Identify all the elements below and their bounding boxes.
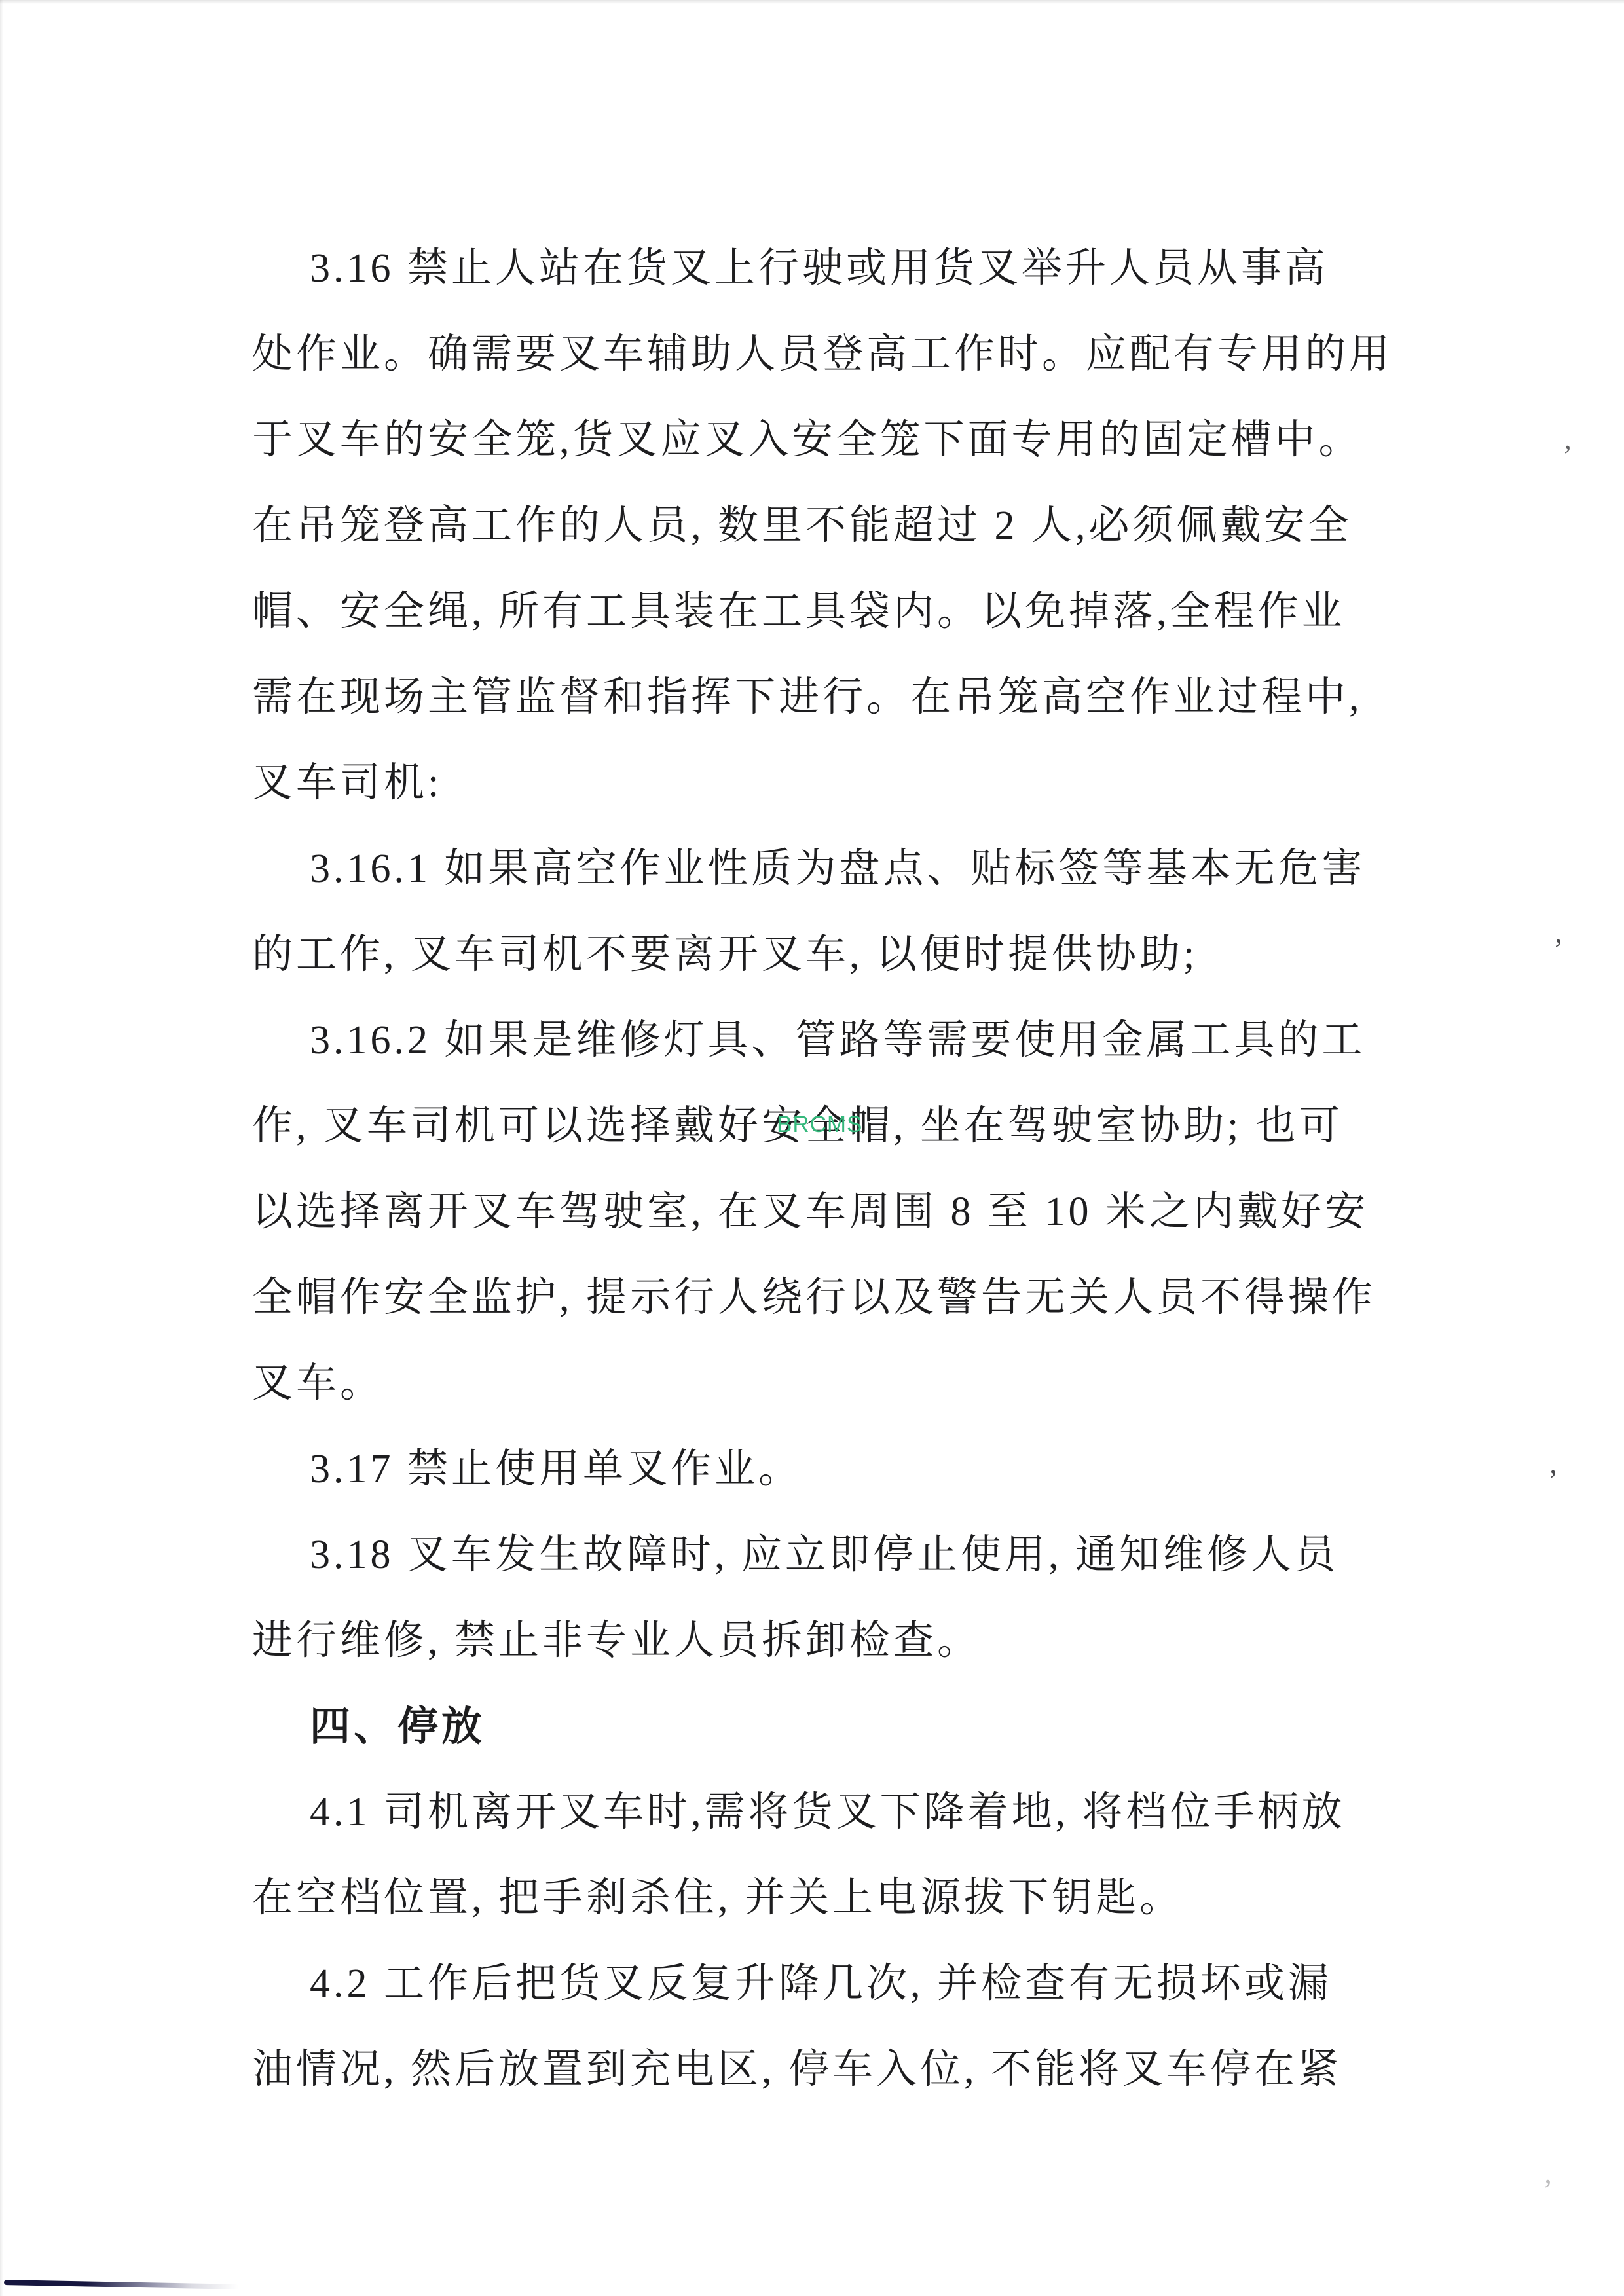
text-line: 全帽作安全监护, 提示行人绕行以及警告无关人员不得操作	[252, 1255, 1424, 1341]
text-line: 需在现场主管监督和指挥下进行。在吊笼高空作业过程中,	[252, 655, 1424, 740]
text-line: 油情况, 然后放置到充电区, 停车入位, 不能将叉车停在紧	[252, 2027, 1424, 2113]
text-line: 4.2 工作后把货叉反复升降几次, 并检查有无损坏或漏	[252, 1941, 1424, 2027]
text-line: 的工作, 叉车司机不要离开叉车, 以便时提供协助;	[252, 912, 1424, 998]
text-line: 4.1 司机离开叉车时,需将货叉下降着地, 将档位手柄放	[252, 1770, 1424, 1855]
text-column: 3.16 禁止人站在货叉上行驶或用货叉举升人员从事高处作业。确需要叉车辅助人员登…	[252, 226, 1424, 2113]
text-line: 在吊笼登高工作的人员, 数里不能超过 2 人,必须佩戴安全	[252, 483, 1424, 569]
text-line: 于叉车的安全笼,货叉应叉入安全笼下面专用的固定槽中。	[252, 397, 1424, 483]
text-line: 以选择离开叉车驾驶室, 在叉车周围 8 至 10 米之内戴好安	[252, 1169, 1424, 1255]
text-line: 进行维修, 禁止非专业人员拆卸检查。	[252, 1598, 1424, 1684]
stray-ink-mark: ’	[1543, 2175, 1553, 2205]
text-line: 3.18 叉车发生故障时, 应立即停止使用, 通知维修人员	[252, 1512, 1424, 1598]
document-page: 3.16 禁止人站在货叉上行驶或用货叉举升人员从事高处作业。确需要叉车辅助人员登…	[0, 0, 1624, 2296]
text-line: 3.16 禁止人站在货叉上行驶或用货叉举升人员从事高	[252, 226, 1424, 312]
text-line: 帽、安全绳, 所有工具装在工具袋内。以免掉落,全程作业	[252, 569, 1424, 655]
stray-ink-mark: ’	[1548, 1465, 1558, 1495]
stray-ink-mark: ’	[1562, 441, 1572, 471]
text-line: 处作业。确需要叉车辅助人员登高工作时。应配有专用的用	[252, 312, 1424, 397]
text-line: 在空档位置, 把手刹杀住, 并关上电源拔下钥匙。	[252, 1855, 1424, 1941]
text-line: 叉车。	[252, 1341, 1424, 1427]
brcms-watermark: BRCMS	[777, 1113, 862, 1136]
pen-stroke-artifact	[4, 2280, 238, 2289]
text-line: 3.16.2 如果是维修灯具、管路等需要使用金属工具的工	[252, 998, 1424, 1084]
stray-ink-mark: ’	[1553, 934, 1563, 964]
text-line: 3.16.1 如果高空作业性质为盘点、贴标签等基本无危害	[252, 826, 1424, 912]
text-line: 叉车司机:	[252, 740, 1424, 826]
text-line: 3.17 禁止使用单叉作业。	[252, 1427, 1424, 1512]
section-heading: 四、停放	[252, 1684, 1424, 1770]
